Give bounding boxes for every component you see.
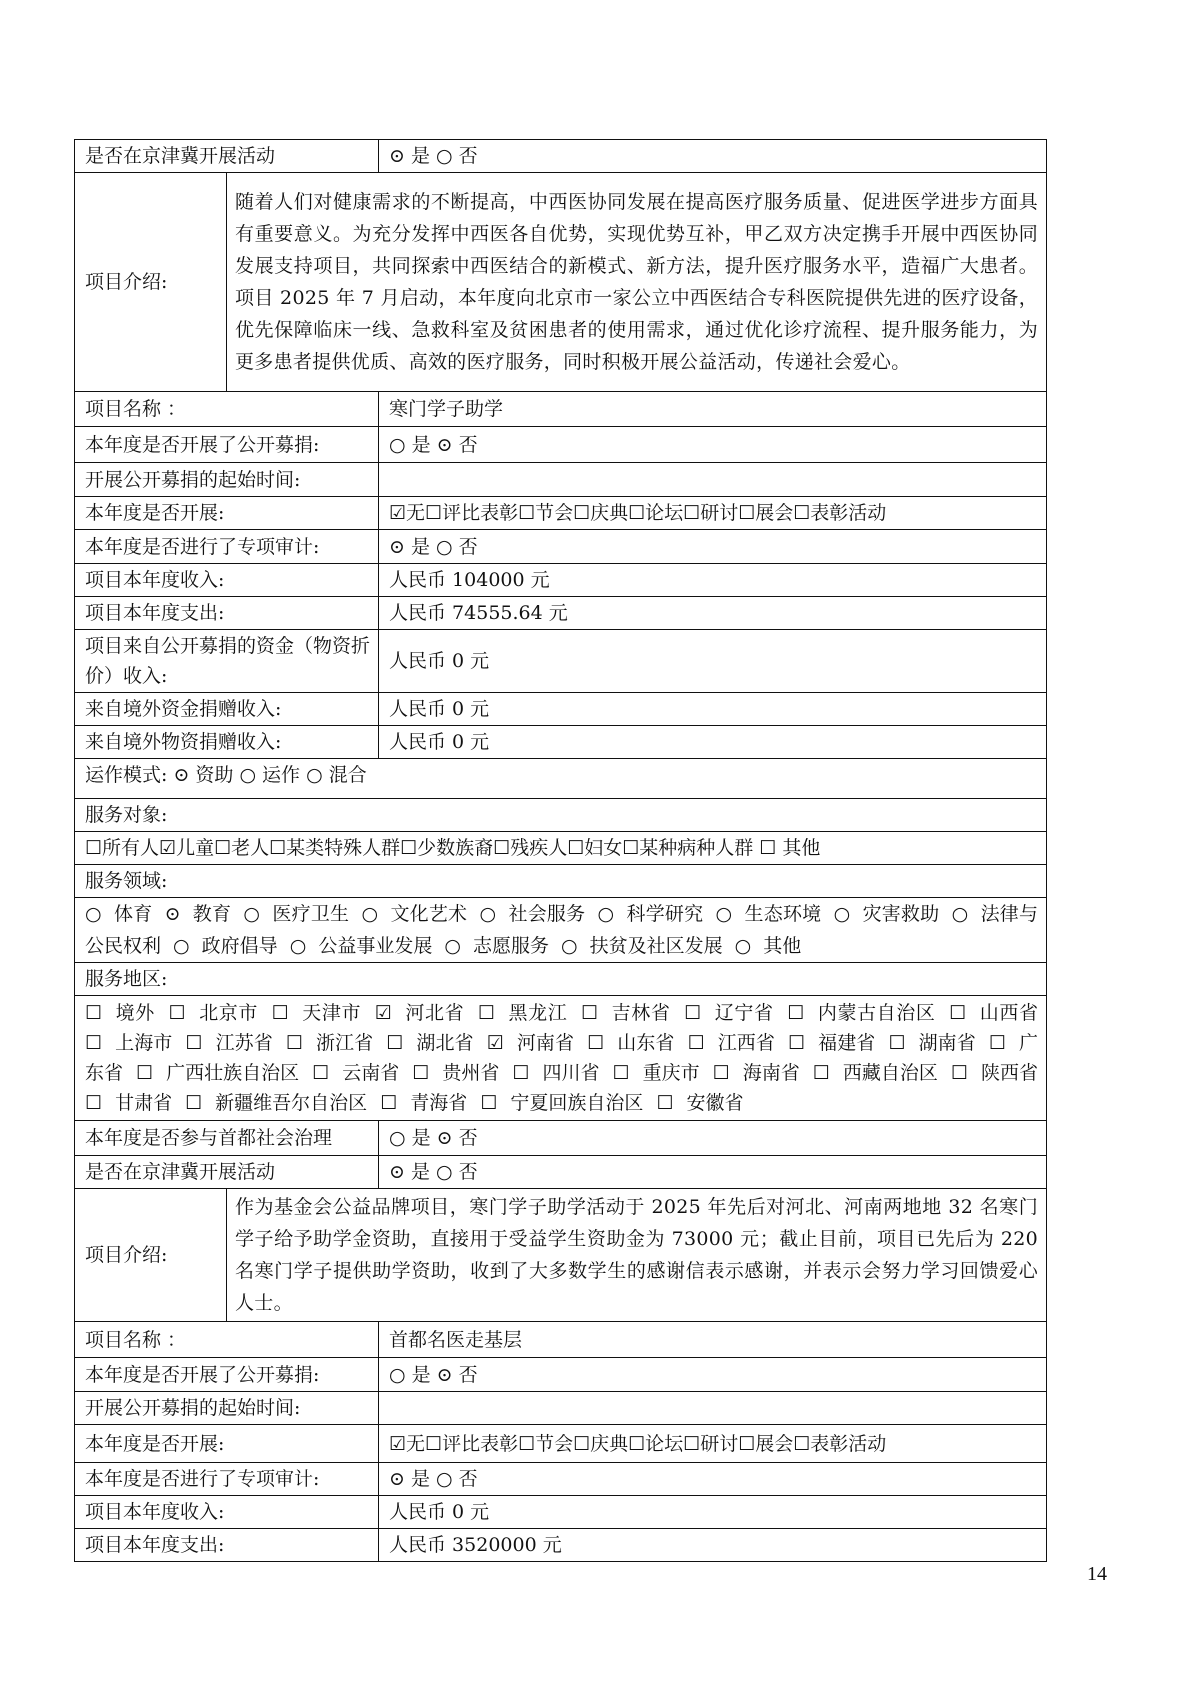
field-label: 项目来自公开募捐的资金（物资折价）收入:	[75, 630, 379, 693]
table-row: 服务领域:	[75, 865, 1047, 898]
field-label: 项目介绍:	[75, 173, 227, 392]
table-row: 项目本年度支出: 人民币 74555.64 元	[75, 597, 1047, 630]
foreign-fund-income-value: 人民币 0 元	[379, 693, 1047, 726]
section-label: 服务领域:	[75, 865, 1047, 898]
fundraising-start-time-field[interactable]	[379, 1392, 1047, 1425]
activities-checkbox-group[interactable]: ☑无☐评比表彰☐节会☐庆典☐论坛☐研讨☐展会☐表彰活动	[379, 497, 1047, 530]
table-row: 项目本年度收入: 人民币 104000 元	[75, 564, 1047, 597]
table-row: 本年度是否进行了专项审计: ⊙ 是 ○ 否	[75, 1463, 1047, 1496]
field-label: 本年度是否开展:	[75, 497, 379, 530]
field-label: 开展公开募捐的起始时间:	[75, 1392, 379, 1425]
annual-expense-value: 人民币 74555.64 元	[379, 597, 1047, 630]
field-label: 开展公开募捐的起始时间:	[75, 463, 379, 497]
field-label: 项目介绍:	[75, 1189, 227, 1322]
table-row: 是否在京津冀开展活动 ⊙ 是 ○ 否	[75, 140, 1047, 173]
field-label: 本年度是否进行了专项审计:	[75, 530, 379, 564]
field-label: 项目本年度支出:	[75, 1529, 379, 1562]
field-label: 项目本年度收入:	[75, 564, 379, 597]
annual-income-value: 人民币 0 元	[379, 1496, 1047, 1529]
field-label: 项目本年度收入:	[75, 1496, 379, 1529]
table-row: ☐ 境外 ☐ 北京市 ☐ 天津市 ☑ 河北省 ☐ 黑龙江 ☐ 吉林省 ☐ 辽宁省…	[75, 996, 1047, 1121]
section-label: 服务对象:	[75, 799, 1047, 832]
project-intro-text: 随着人们对健康需求的不断提高，中西医协同发展在提高医疗服务质量、促进医学进步方面…	[227, 173, 1047, 392]
project-name-value: 寒门学子助学	[379, 392, 1047, 427]
field-label: 项目本年度支出:	[75, 597, 379, 630]
field-label: 本年度是否开展:	[75, 1425, 379, 1463]
project-info-table: 是否在京津冀开展活动 ⊙ 是 ○ 否 项目介绍: 随着人们对健康需求的不断提高，…	[74, 139, 1047, 1562]
table-row: ○ 体育 ⊙ 教育 ○ 医疗卫生 ○ 文化艺术 ○ 社会服务 ○ 科学研究 ○ …	[75, 898, 1047, 963]
table-row: 运作模式: ⊙ 资助 ○ 运作 ○ 混合	[75, 759, 1047, 799]
table-row: 是否在京津冀开展活动 ⊙ 是 ○ 否	[75, 1156, 1047, 1189]
field-label: 本年度是否开展了公开募捐:	[75, 427, 379, 463]
page-number: 14	[1087, 1563, 1107, 1586]
table-row: 项目名称 ： 首都名医走基层	[75, 1322, 1047, 1358]
annual-income-value: 人民币 104000 元	[379, 564, 1047, 597]
audit-radio-group[interactable]: ⊙ 是 ○ 否	[379, 530, 1047, 564]
table-row: 服务地区:	[75, 963, 1047, 996]
field-label: 本年度是否进行了专项审计:	[75, 1463, 379, 1496]
table-row: 本年度是否开展: ☑无☐评比表彰☐节会☐庆典☐论坛☐研讨☐展会☐表彰活动	[75, 497, 1047, 530]
field-label: 项目名称 ：	[75, 1322, 379, 1358]
table-row: 本年度是否参与首都社会治理 ○ 是 ⊙ 否	[75, 1121, 1047, 1156]
table-row: 服务对象:	[75, 799, 1047, 832]
table-row: 项目本年度收入: 人民币 0 元	[75, 1496, 1047, 1529]
table-row: 来自境外资金捐赠收入: 人民币 0 元	[75, 693, 1047, 726]
public-fundraising-radio-group[interactable]: ○ 是 ⊙ 否	[379, 427, 1047, 463]
field-label: 是否在京津冀开展活动	[75, 1156, 379, 1189]
table-row: 开展公开募捐的起始时间:	[75, 463, 1047, 497]
table-row: 项目介绍: 作为基金会公益品牌项目，寒门学子助学活动于 2025 年先后对河北、…	[75, 1189, 1047, 1322]
field-label: 来自境外资金捐赠收入:	[75, 693, 379, 726]
operation-mode-radio-group[interactable]: 运作模式: ⊙ 资助 ○ 运作 ○ 混合	[75, 759, 1047, 799]
table-row: 开展公开募捐的起始时间:	[75, 1392, 1047, 1425]
audit-radio-group[interactable]: ⊙ 是 ○ 否	[379, 1463, 1047, 1496]
public-fundraising-radio-group[interactable]: ○ 是 ⊙ 否	[379, 1358, 1047, 1392]
table-row: ☐所有人☑儿童☐老人☐某类特殊人群☐少数族裔☐残疾人☐妇女☐某种病种人群 ☐ 其…	[75, 832, 1047, 865]
foreign-goods-income-value: 人民币 0 元	[379, 726, 1047, 759]
table-row: 项目名称 ： 寒门学子助学	[75, 392, 1047, 427]
table-row: 本年度是否开展: ☑无☐评比表彰☐节会☐庆典☐论坛☐研讨☐展会☐表彰活动	[75, 1425, 1047, 1463]
jjj-radio-group[interactable]: ⊙ 是 ○ 否	[379, 140, 1047, 173]
table-row: 项目本年度支出: 人民币 3520000 元	[75, 1529, 1047, 1562]
table-row: 本年度是否开展了公开募捐: ○ 是 ⊙ 否	[75, 427, 1047, 463]
service-field-radio-group[interactable]: ○ 体育 ⊙ 教育 ○ 医疗卫生 ○ 文化艺术 ○ 社会服务 ○ 科学研究 ○ …	[75, 898, 1047, 963]
field-label: 是否在京津冀开展活动	[75, 140, 379, 173]
service-target-checkbox-group[interactable]: ☐所有人☑儿童☐老人☐某类特殊人群☐少数族裔☐残疾人☐妇女☐某种病种人群 ☐ 其…	[75, 832, 1047, 865]
field-label: 来自境外物资捐赠收入:	[75, 726, 379, 759]
table-row: 本年度是否进行了专项审计: ⊙ 是 ○ 否	[75, 530, 1047, 564]
table-row: 项目来自公开募捐的资金（物资折价）收入: 人民币 0 元	[75, 630, 1047, 693]
jjj-radio-group[interactable]: ⊙ 是 ○ 否	[379, 1156, 1047, 1189]
public-fund-income-value: 人民币 0 元	[379, 630, 1047, 693]
activities-checkbox-group[interactable]: ☑无☐评比表彰☐节会☐庆典☐论坛☐研讨☐展会☐表彰活动	[379, 1425, 1047, 1463]
document-page: 是否在京津冀开展活动 ⊙ 是 ○ 否 项目介绍: 随着人们对健康需求的不断提高，…	[0, 0, 1190, 1683]
service-region-checkbox-group[interactable]: ☐ 境外 ☐ 北京市 ☐ 天津市 ☑ 河北省 ☐ 黑龙江 ☐ 吉林省 ☐ 辽宁省…	[75, 996, 1047, 1121]
capital-governance-radio-group[interactable]: ○ 是 ⊙ 否	[379, 1121, 1047, 1156]
field-label: 项目名称 ：	[75, 392, 379, 427]
project-intro-text: 作为基金会公益品牌项目，寒门学子助学活动于 2025 年先后对河北、河南两地地 …	[227, 1189, 1047, 1322]
table-row: 项目介绍: 随着人们对健康需求的不断提高，中西医协同发展在提高医疗服务质量、促进…	[75, 173, 1047, 392]
annual-expense-value: 人民币 3520000 元	[379, 1529, 1047, 1562]
fundraising-start-time-field[interactable]	[379, 463, 1047, 497]
section-label: 服务地区:	[75, 963, 1047, 996]
project-name-value: 首都名医走基层	[379, 1322, 1047, 1358]
table-row: 本年度是否开展了公开募捐: ○ 是 ⊙ 否	[75, 1358, 1047, 1392]
field-label: 本年度是否参与首都社会治理	[75, 1121, 379, 1156]
table-row: 来自境外物资捐赠收入: 人民币 0 元	[75, 726, 1047, 759]
field-label: 本年度是否开展了公开募捐:	[75, 1358, 379, 1392]
